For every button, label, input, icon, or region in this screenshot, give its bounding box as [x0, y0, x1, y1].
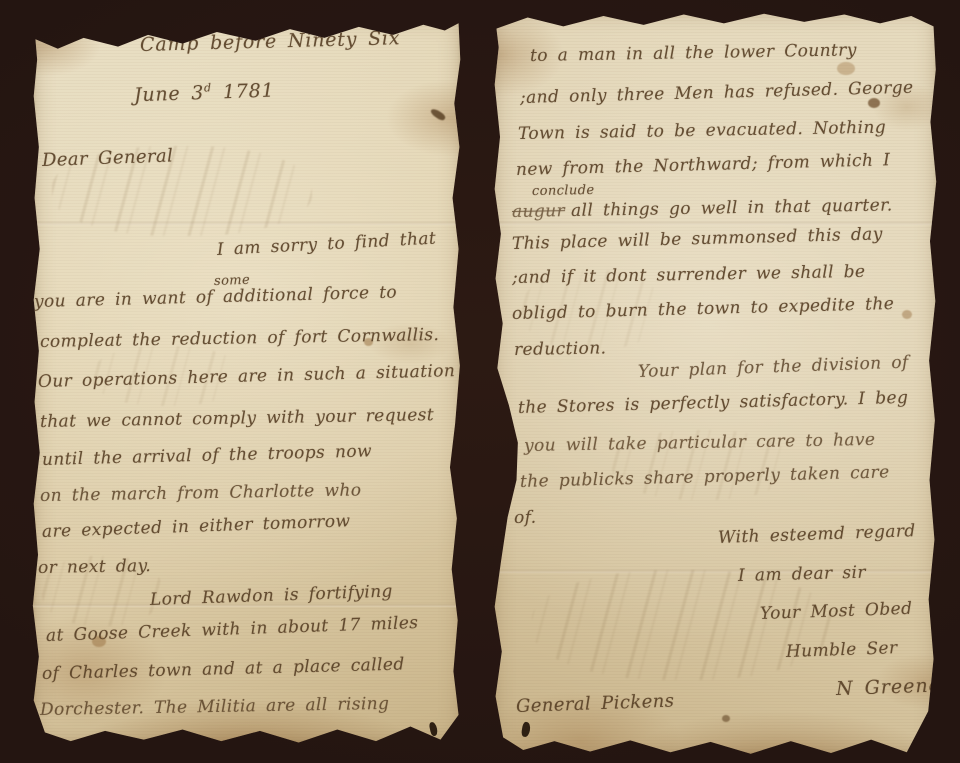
letter-page-right: to a man in all the lower Country ;and o…: [492, 10, 938, 756]
letter-line: or next day.: [38, 556, 152, 578]
fox-spot: [722, 715, 730, 722]
letter-line: reduction.: [514, 338, 607, 360]
ink-showthrough: [532, 570, 832, 680]
closing-line: I am dear sir: [738, 563, 866, 586]
ink-mark: [868, 98, 880, 108]
letter-page-left: Camp before Ninety Six June 3d 1781 Dear…: [32, 16, 462, 744]
inserted-word: conclude: [532, 183, 595, 199]
closing-line: Humble Ser: [786, 638, 898, 662]
dateline-date-year: 1781: [212, 79, 275, 103]
dateline-date-day: June 3: [134, 82, 205, 106]
signature: N Greene: [836, 674, 942, 700]
fox-spot: [902, 310, 912, 319]
struck-word: augur: [512, 201, 565, 222]
letter-line: of.: [514, 508, 537, 528]
fox-spot: [837, 62, 855, 75]
letter-photograph: Camp before Ninety Six June 3d 1781 Dear…: [0, 0, 960, 763]
